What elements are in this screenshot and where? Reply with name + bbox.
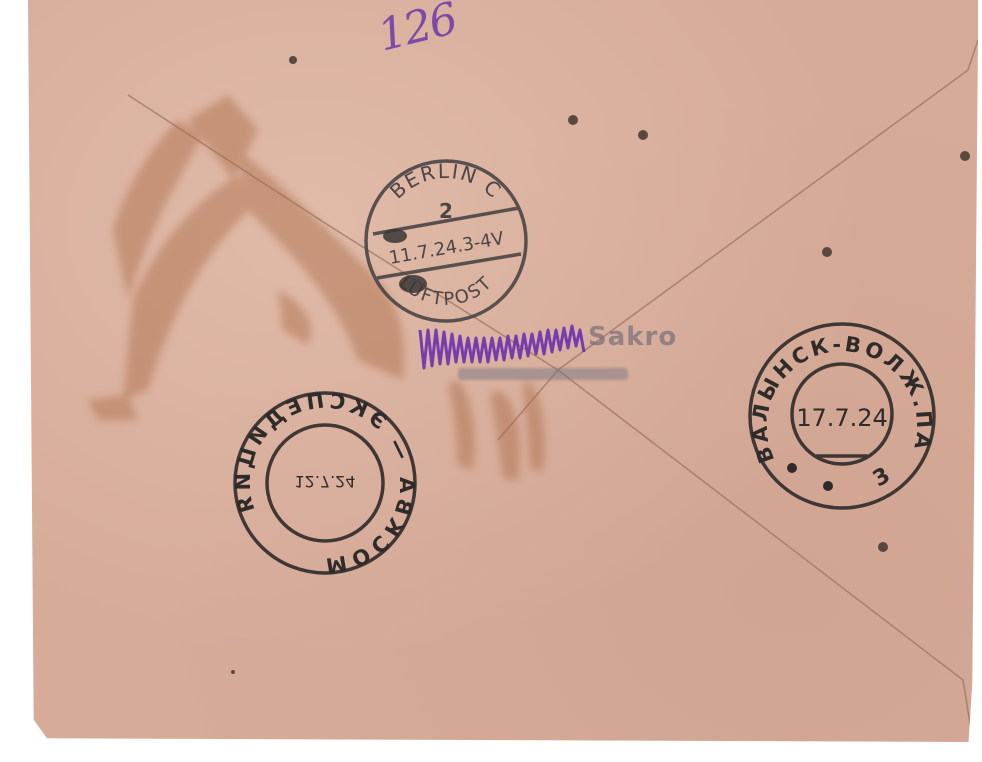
violet-scribble (420, 326, 584, 368)
svg-text:ХВАЛЫНСК-ВОЛЖ.ПАР.: ХВАЛЫНСК-ВОЛЖ.ПАР. (744, 318, 936, 466)
khvalynsk-bottom-mark: 3 (869, 463, 895, 492)
moscow-date: 12.7.24 (294, 472, 355, 491)
berlin-postmark: BERLIN C 2 11.7.24.3-4V LUFTPOST (361, 156, 531, 326)
sender-cachet-subline (458, 368, 628, 380)
khvalynsk-postmark: ХВАЛЫНСК-ВОЛЖ.ПАР. 17.7.24 3 (744, 318, 940, 514)
berlin-top-text: BERLIN C (385, 159, 507, 204)
sender-cachet: Sakro (588, 322, 677, 352)
svg-text:BERLIN C: BERLIN C (385, 159, 507, 204)
khvalynsk-date: 17.7.24 (796, 404, 888, 432)
khvalynsk-ring-text: ХВАЛЫНСК-ВОЛЖ.ПАР. (744, 318, 936, 466)
berlin-number: 2 (439, 199, 453, 223)
moscow-postmark: МОСКВА — ЭКСПЕДИЦИЯ 12.7.24 (230, 388, 420, 578)
envelope-back: 126 Sakro BERLIN C 2 11.7.24.3-4V LUFTPO… (28, 0, 978, 742)
